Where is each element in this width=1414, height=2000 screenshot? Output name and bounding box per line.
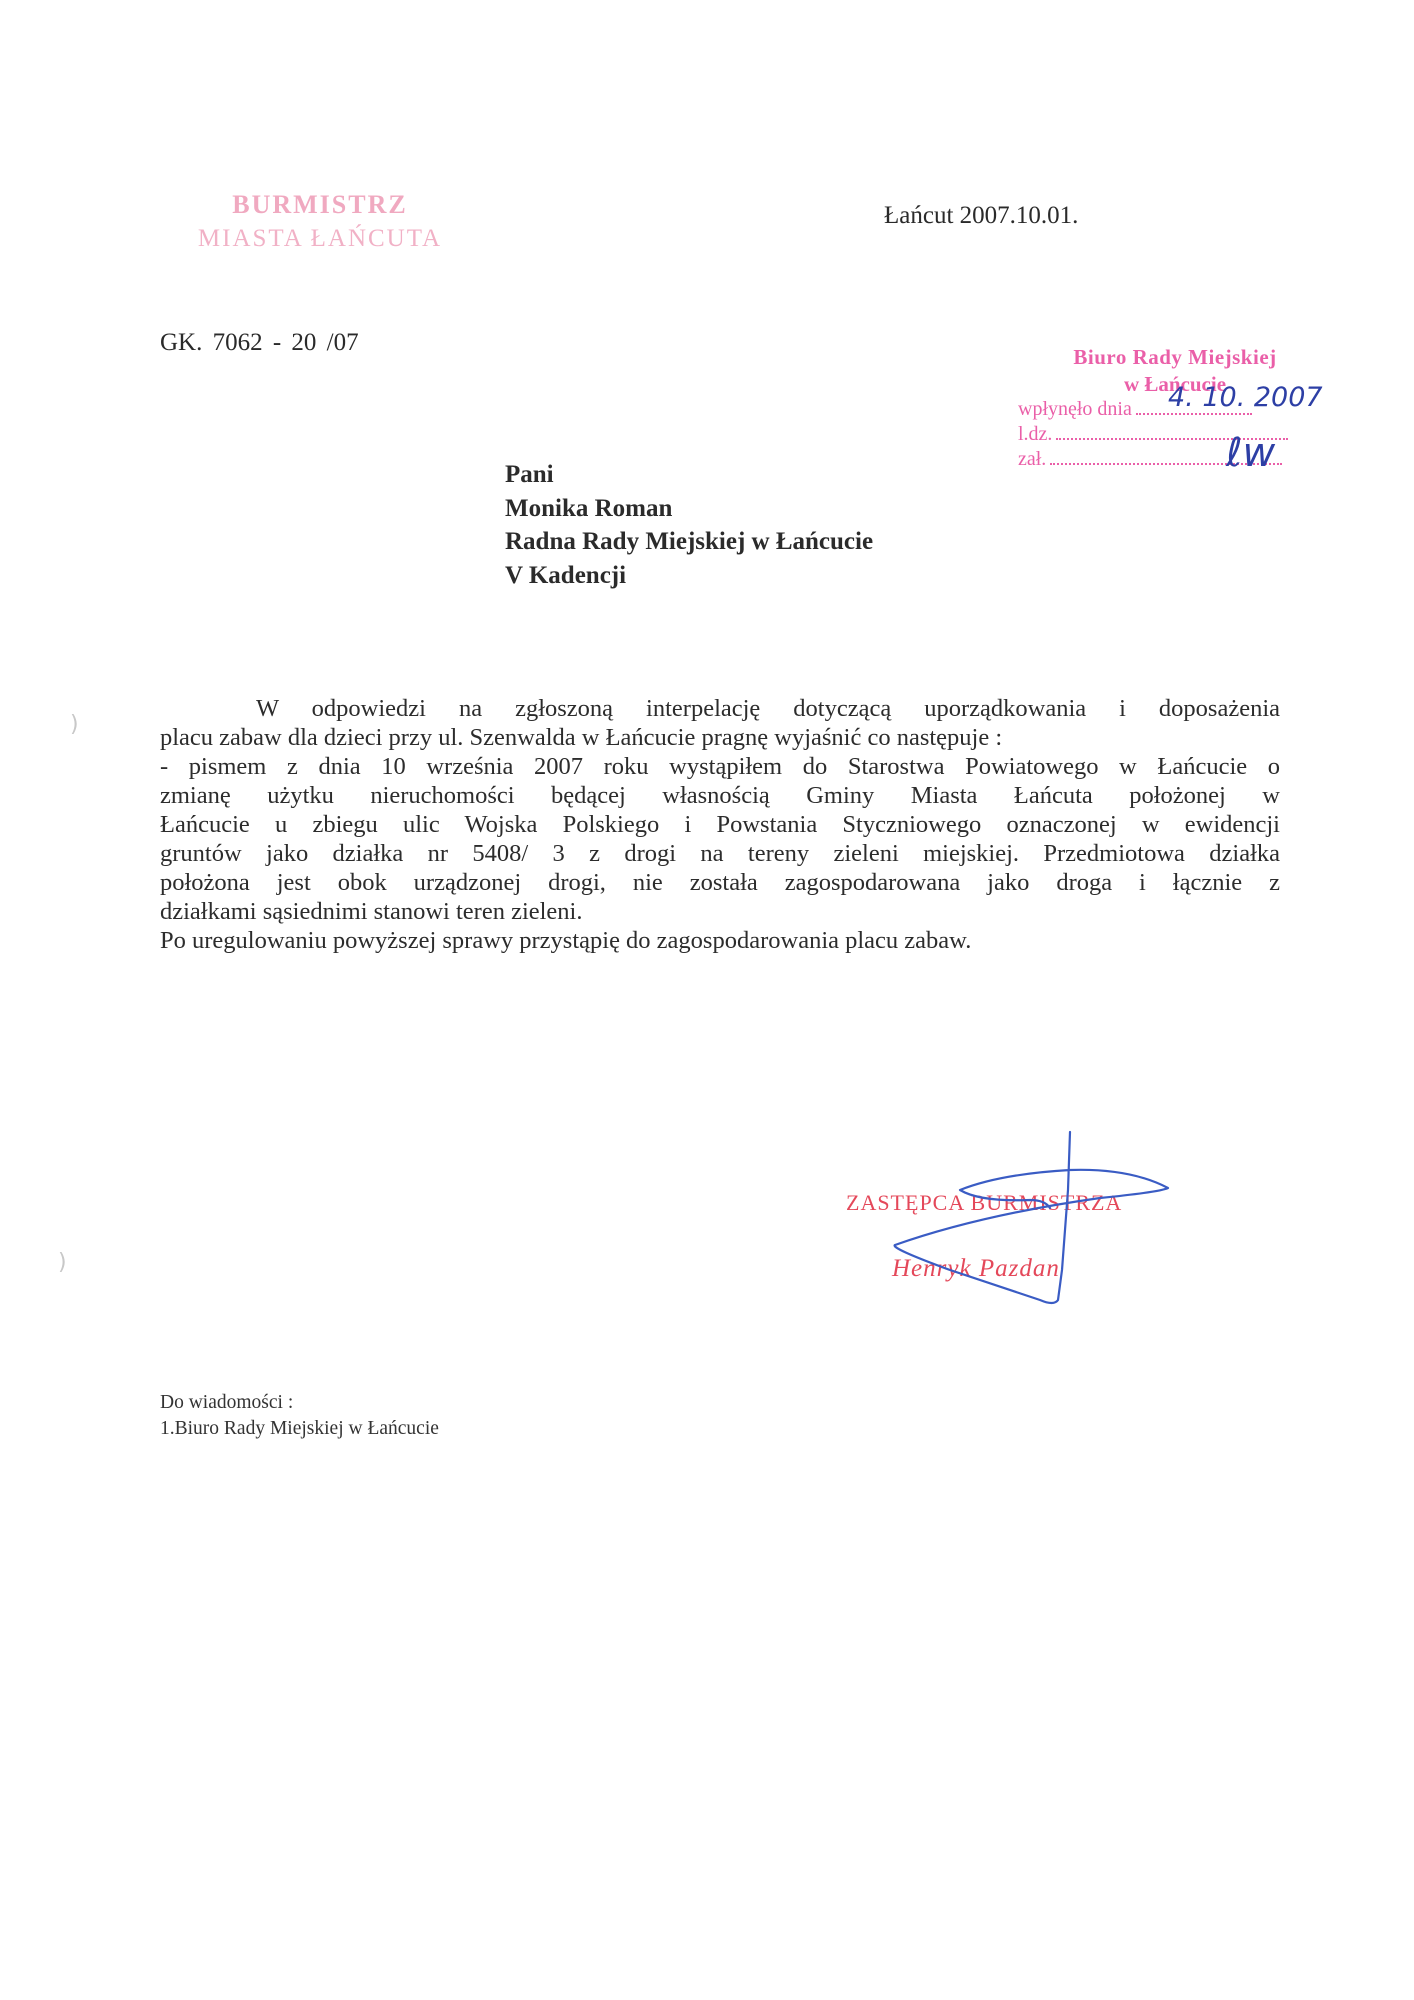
recipient-name: Monika Roman [505, 492, 873, 526]
body-line: gruntów jako działka nr 5408/ 3 z drogi … [160, 839, 1280, 868]
margin-mark: ) [70, 712, 79, 737]
body-line: Łańcucie u zbiegu ulic Wojska Polskiego … [160, 810, 1280, 839]
place-and-date: Łańcut 2007.10.01. [884, 202, 1078, 230]
margin-mark: ) [58, 1250, 67, 1275]
receipt-stamp: Biuro Rady Miejskiej w Łańcucie wpłynęło… [1018, 343, 1318, 472]
stamp-line-2: MIASTA ŁAŃCUTA [170, 222, 470, 256]
attachments-label: zał. [1018, 448, 1046, 470]
body-line: placu zabaw dla dzieci przy ul. Szenwald… [160, 723, 1280, 752]
recipient-block: Pani Monika Roman Radna Rady Miejskiej w… [505, 458, 873, 592]
receipt-stamp-title: Biuro Rady Miejskiej [1018, 343, 1318, 371]
mayor-header-stamp: BURMISTRZ MIASTA ŁAŃCUTA [170, 188, 470, 256]
cc-item: 1.Biuro Rady Miejskiej w Łańcucie [160, 1416, 439, 1442]
cc-label: Do wiadomości : [160, 1390, 439, 1416]
body-line: zmianę użytku nieruchomości będącej włas… [160, 781, 1280, 810]
initials-handwritten: ℓw [1226, 441, 1275, 466]
cc-block: Do wiadomości : 1.Biuro Rady Miejskiej w… [160, 1390, 439, 1442]
letter-body: W odpowiedzi na zgłoszoną interpelację d… [160, 694, 1280, 955]
register-label: l.dz. [1018, 423, 1052, 445]
reference-number: GK. 7062 - 20 /07 [160, 329, 359, 357]
body-line: - pismem z dnia 10 września 2007 roku wy… [160, 752, 1280, 781]
body-line: Po uregulowaniu powyższej sprawy przystą… [160, 926, 1280, 955]
recipient-term: V Kadencji [505, 559, 873, 593]
body-line: W odpowiedzi na zgłoszoną interpelację d… [160, 694, 1280, 723]
received-date-row: wpłynęło dnia 4. 10. 2007 [1018, 397, 1318, 422]
recipient-title: Radna Rady Miejskiej w Łańcucie [505, 525, 873, 559]
received-date-handwritten: 4. 10. 2007 [1168, 385, 1323, 410]
attachments-row: zał. ℓw [1018, 447, 1318, 472]
recipient-salutation: Pani [505, 458, 873, 492]
stamp-line-1: BURMISTRZ [170, 188, 470, 222]
body-line: działkami sąsiednimi stanowi teren ziele… [160, 897, 1280, 926]
received-label: wpłynęło dnia [1018, 398, 1132, 420]
body-line: położona jest obok urządzonej drogi, nie… [160, 868, 1280, 897]
handwritten-signature-icon [830, 1120, 1190, 1320]
